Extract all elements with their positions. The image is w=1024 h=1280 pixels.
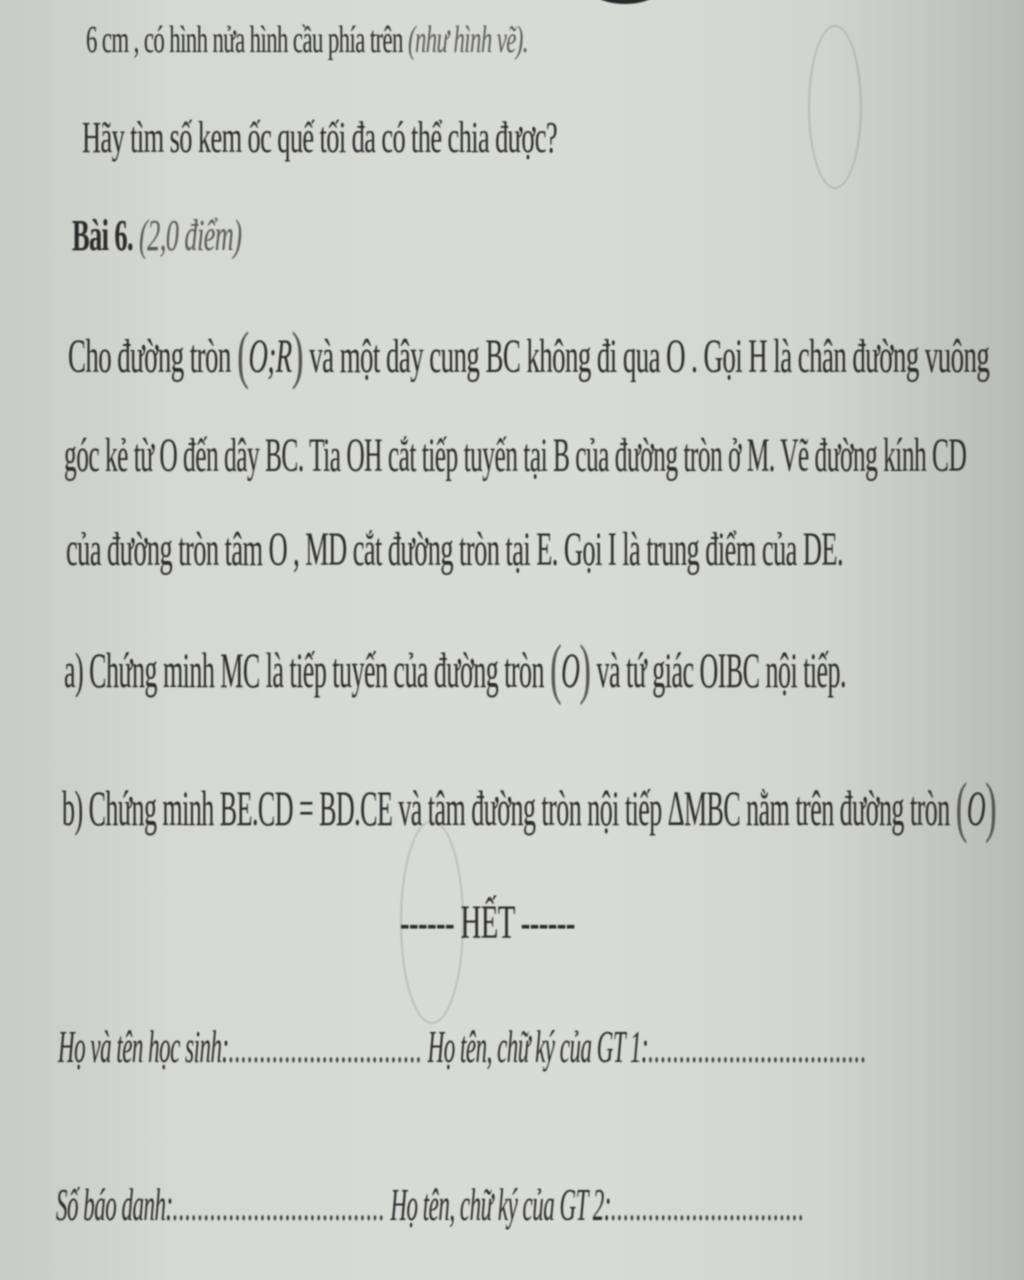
- show-through-mark: [808, 25, 862, 189]
- prev-problem-text: 6 cm , có hình nửa hình cầu phía trên: [86, 19, 403, 61]
- part-a-text: a) Chứng minh MC là tiếp tuyến của đường…: [64, 642, 544, 698]
- paren-close: ): [579, 631, 590, 706]
- part-a-text: và tứ giác OIBC nội tiếp.: [597, 642, 846, 698]
- statement-line-1: Cho đường tròn (O;R) và một dây cung BC …: [68, 318, 989, 393]
- prev-problem-question: Hãy tìm số kem ốc quế tối đa có thể chia…: [82, 112, 557, 163]
- problem-6-title: Bài 6.: [72, 211, 133, 260]
- footer-row-2: Số báo danh:............................…: [56, 1178, 805, 1231]
- student-name-label: Họ và tên học sinh:: [58, 1021, 229, 1072]
- circle-notation: O: [967, 780, 985, 836]
- end-marker: ------ HẾT ------: [400, 895, 575, 950]
- candidate-number-label: Số báo danh:: [56, 1179, 173, 1230]
- statement-text: Cho đường tròn: [68, 330, 231, 383]
- gt1-signature-field: ...................................: [648, 1021, 867, 1072]
- gt2-label: Họ tên, chữ ký của GT 2:: [390, 1179, 610, 1230]
- part-a: a) Chứng minh MC là tiếp tuyến của đường…: [64, 630, 846, 708]
- circle-notation: O;R: [248, 330, 291, 383]
- paren-open: (: [550, 631, 561, 706]
- student-name-field: ...............................: [229, 1021, 423, 1072]
- exam-page: 6 cm , có hình nửa hình cầu phía trên (n…: [0, 0, 1024, 1280]
- gt2-signature-field: ...............................: [611, 1179, 805, 1230]
- problem-6-points: (2,0 điểm): [139, 211, 242, 260]
- prev-problem-line-1: 6 cm , có hình nửa hình cầu phía trên (n…: [86, 18, 528, 62]
- gt1-label: Họ tên, chữ ký của GT 1:: [428, 1021, 648, 1072]
- paren-close: ): [292, 319, 304, 391]
- paren-close: ): [985, 769, 996, 844]
- candidate-number-field: ..................................: [173, 1179, 386, 1230]
- statement-line-3: của đường tròn tâm O , MD cắt đường tròn…: [66, 522, 843, 577]
- problem-6-heading: Bài 6. (2,0 điểm): [72, 210, 241, 261]
- statement-line-2: góc kẻ từ O đến dây BC. Tia OH cắt tiếp …: [64, 428, 966, 483]
- part-b-text: b) Chứng minh BE.CD = BD.CE và tâm đường…: [62, 780, 950, 836]
- figure-note: (như hình vẽ).: [408, 19, 528, 61]
- punch-hole-shadow: [595, 0, 655, 4]
- statement-text: và một dây cung BC không đi qua O . Gọi …: [309, 330, 989, 383]
- circle-notation: O: [561, 642, 579, 698]
- part-b: b) Chứng minh BE.CD = BD.CE và tâm đường…: [62, 768, 996, 846]
- paren-open: (: [237, 319, 249, 391]
- paren-open: (: [956, 769, 967, 844]
- footer-row-1: Họ và tên học sinh:.....................…: [58, 1020, 867, 1073]
